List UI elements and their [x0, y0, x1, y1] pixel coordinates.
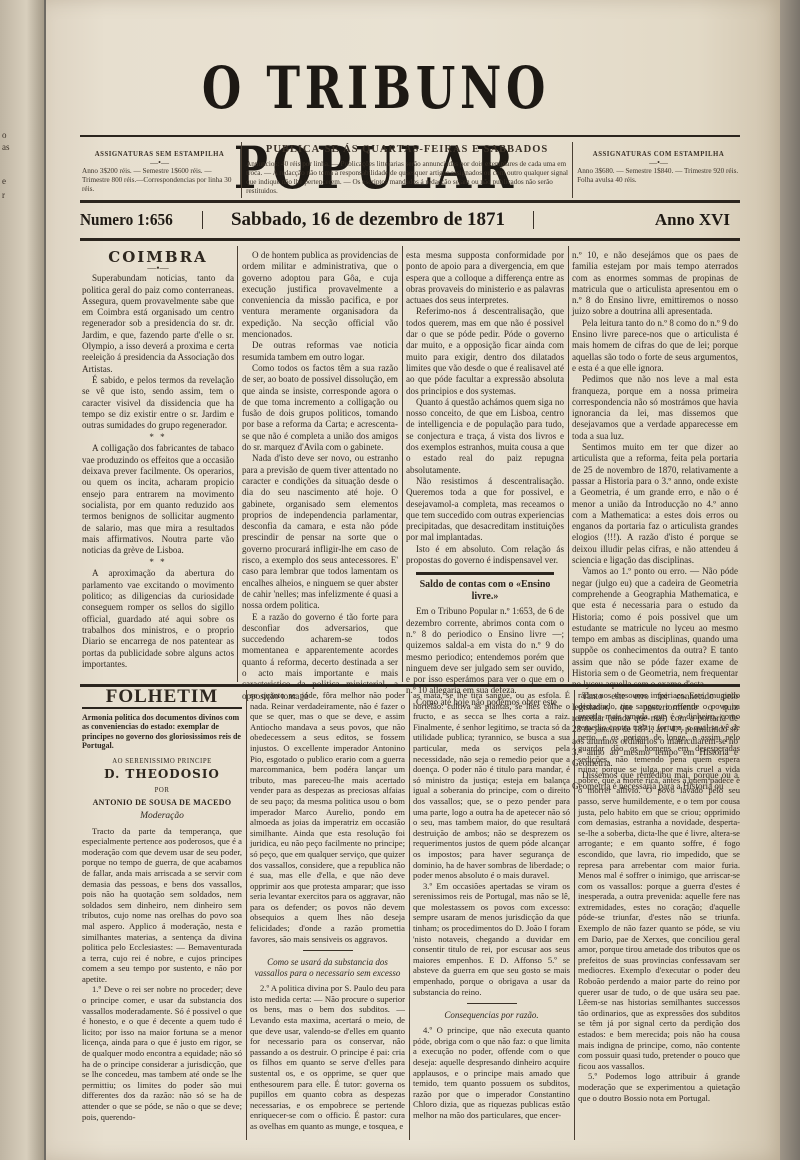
single-issue-price: Folha avulsa 40 réis.: [577, 176, 740, 185]
column-rule: [237, 246, 238, 682]
folhetim-column-4: radas nos thesouros imperiaes. Este, mug…: [578, 690, 740, 1103]
paragraph: se quanto se póde, fôra melhor não poder…: [250, 690, 405, 944]
paragraph: 1.º Deve o rei ser nobre no proceder; de…: [82, 984, 242, 1122]
folhetim-title: FOLHETIM: [82, 692, 242, 703]
header-info-row: ASSIGNATURAS SEM ESTAMPILHA —•— Anno 3$2…: [78, 142, 744, 198]
paragraph: Sentimos muito em ter que dizer ao artic…: [572, 442, 738, 566]
divider: [467, 1003, 517, 1004]
divider: [416, 572, 554, 575]
subscriptions-text: Anno 3$680. — Semestre 1$840. — Trimestr…: [577, 167, 740, 176]
paragraph: 2.º A politica divina por S. Paulo deu p…: [250, 983, 405, 1131]
paragraph: n.º 10, e não desejámos que os paes de f…: [572, 250, 738, 318]
author-name: ANTONIO DE SOUSA DE MACEDO: [82, 798, 242, 809]
paragraph: Como todos os factos têm a sua razão de …: [242, 363, 398, 453]
divider: [80, 200, 740, 203]
subscriptions-without-stamp: ASSIGNATURAS SEM ESTAMPILHA —•— Anno 3$2…: [78, 142, 242, 198]
paragraph: as mata, se lhe tira sangue, ou as esfol…: [413, 690, 570, 881]
fragment-text: e: [2, 176, 6, 187]
paragraph: A colligação dos fabricantes de tabaco v…: [82, 443, 234, 556]
subheading: Consequencias por razão.: [413, 1010, 570, 1021]
paragraph: A aproximação da abertura do parlamento …: [82, 568, 234, 670]
adjacent-page-strip: o as e r: [0, 0, 44, 1160]
folhetim-column-3: as mata, se lhe tira sangue, ou as esfol…: [413, 690, 570, 1121]
column-rule: [246, 690, 247, 1140]
issue-date: Sabbado, 16 de dezembro de 1871: [203, 209, 533, 231]
paragraph: esta mesma supposta conformidade por pon…: [406, 250, 564, 306]
column-rule: [568, 246, 569, 682]
divider: [80, 238, 740, 241]
paragraph: Referimo-nos á descentralisação, que tod…: [406, 306, 564, 396]
folhetim-subtitle: Armonia politica dos documentos divinos …: [82, 713, 242, 751]
subheading: Como se usará da substancia dos vassallo…: [250, 957, 405, 979]
separator: * *: [82, 431, 234, 443]
dateline: Numero 1:656 Sabbado, 16 de dezembro de …: [80, 205, 740, 235]
paragraph: De outras reformas vae noticia resumida …: [242, 340, 398, 363]
paragraph: O de hontem publica as providencias de o…: [242, 250, 398, 340]
paragraph: Tracto da parte da temperança, que espec…: [82, 826, 242, 985]
ornament: —•—: [577, 159, 740, 167]
article-title: Saldo de contas com o «Ensino livre.»: [406, 579, 564, 603]
chapter-title: Moderação: [82, 811, 242, 822]
paragraph: 5.º Podemos logo attribuir á grande mode…: [578, 1071, 740, 1103]
announcements-text: Annuncios: 40 réis por linha. — Publicaç…: [246, 160, 568, 196]
column-2: O de hontem publica as providencias de o…: [242, 250, 398, 702]
ornament: —•—: [82, 159, 237, 167]
folhetim-column-1: FOLHETIM Armonia politica dos documentos…: [82, 690, 242, 1122]
paragraph: Vamos ao 1.º ponto ou erro. — Não póde n…: [572, 566, 738, 690]
separator: [533, 211, 534, 229]
divider: [303, 950, 353, 951]
ornament: —•—: [82, 263, 234, 273]
column-coimbra: COIMBRA —•— Superabundam noticias, tanto…: [82, 248, 234, 670]
paragraph: radas nos thesouros imperiaes. Este, mug…: [578, 690, 740, 1071]
dedication: AO SERENISSIMO PRINCIPE: [82, 757, 242, 768]
section-title: COIMBRA: [82, 252, 234, 263]
subscriptions-text: Anno 3$200 réis. — Semestre 1$600 réis. …: [82, 167, 237, 194]
prince-name: D. THEODOSIO: [82, 769, 242, 780]
divider: [80, 135, 740, 137]
paragraph: Pedimos que não nos leve a mal esta fran…: [572, 374, 738, 442]
separator: * *: [82, 556, 234, 568]
paragraph: 4.º O principe, que não executa quanto p…: [413, 1025, 570, 1120]
folhetim-column-2: se quanto se póde, fôra melhor não poder…: [250, 690, 405, 1132]
by-label: POR: [82, 786, 242, 797]
paragraph: É sabido, e pelos termos da revelação se…: [82, 375, 234, 431]
page-edge: [780, 0, 800, 1160]
publication-days: PUBLICA-SE ÁS QUARTAS-FEIRAS E SABBADOS: [246, 145, 568, 154]
column-3: esta mesma supposta conformidade por pon…: [406, 250, 564, 708]
paragraph: Não resistimos á descentralisação. Quere…: [406, 476, 564, 544]
issue-number: Numero 1:656: [80, 210, 190, 230]
paragraph: Nada d'isto deve ser novo, ou estranho p…: [242, 453, 398, 611]
issue-year: Anno XVI: [655, 210, 740, 230]
paragraph: Quanto á questão achámos quem siga no no…: [406, 397, 564, 476]
paragraph: Isto é em absoluto. Com relação ás propo…: [406, 544, 564, 567]
column-rule: [574, 690, 575, 1140]
paragraph: E a razão do governo é tão forte para de…: [242, 612, 398, 702]
paragraph: 3.º Em occasiões apertadas se viram os s…: [413, 881, 570, 998]
fragment-text: o: [2, 130, 7, 141]
column-rule: [409, 690, 410, 1140]
subscriptions-with-stamp: ASSIGNATURAS COM ESTAMPILHA —•— Anno 3$6…: [573, 142, 744, 198]
paragraph: Pela leitura tanto do n.º 8 como do n.º …: [572, 318, 738, 374]
column-rule: [402, 246, 403, 682]
fragment-text: as: [2, 142, 10, 153]
paragraph: Superabundam noticias, tanto da politica…: [82, 273, 234, 375]
fragment-text: r: [2, 190, 5, 201]
announcements-block: PUBLICA-SE ÁS QUARTAS-FEIRAS E SABBADOS …: [242, 142, 573, 198]
